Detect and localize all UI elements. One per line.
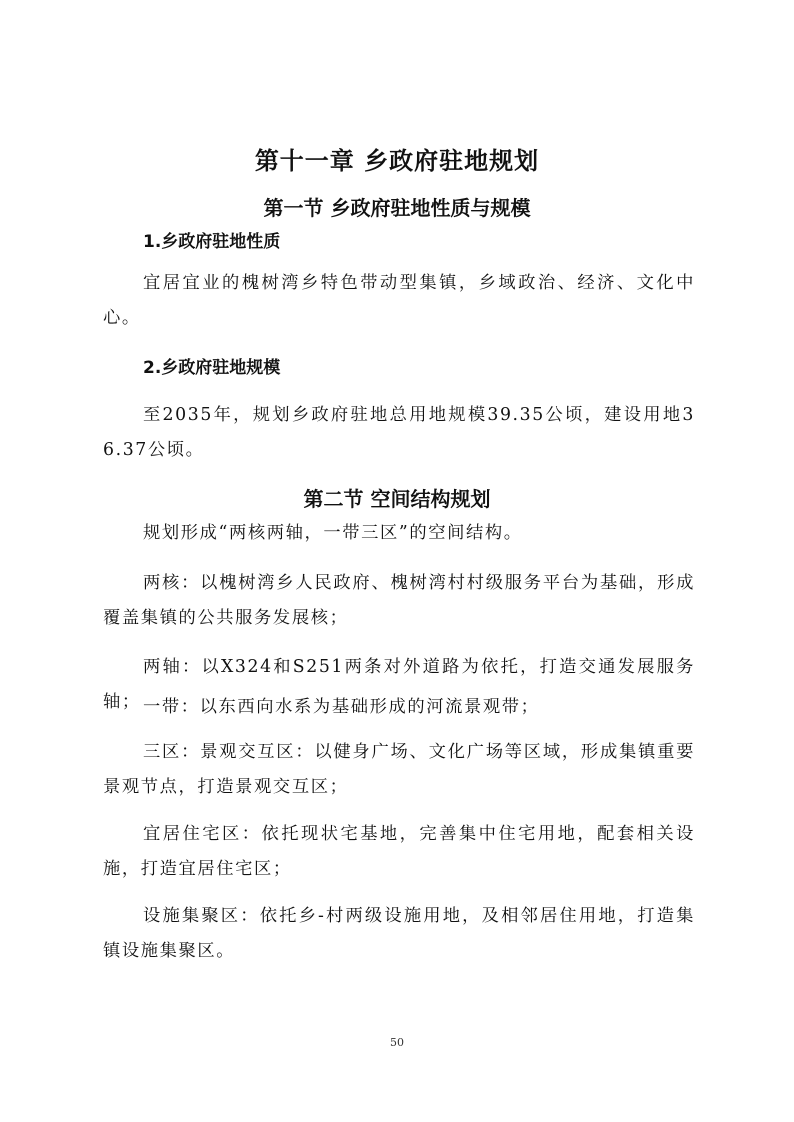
paragraph-three-zones: 三区：景观交互区：以健身广场、文化广场等区域，形成集镇重要景观节点，打造景观交互…	[103, 735, 695, 805]
subsection-heading-nature: 1.乡政府驻地性质	[143, 229, 280, 255]
document-page: 第十一章 乡政府驻地规划 第一节 乡政府驻地性质与规模 1.乡政府驻地性质 宜居…	[0, 0, 794, 1122]
paragraph-facility-zone: 设施集聚区：依托乡-村两级设施用地，及相邻居住用地，打造集镇设施集聚区。	[103, 899, 695, 969]
paragraph-nature: 宜居宜业的槐树湾乡特色带动型集镇，乡域政治、经济、文化中心。	[103, 266, 695, 336]
paragraph-one-belt: 一带：以东西向水系为基础形成的河流景观带；	[103, 690, 695, 725]
paragraph-structure-intro: 规划形成“两核两轴，一带三区”的空间结构。	[103, 516, 695, 551]
section-title-2: 第二节 空间结构规划	[0, 484, 794, 514]
paragraph-residential-zone: 宜居住宅区：依托现状宅基地，完善集中住宅用地，配套相关设施，打造宜居住宅区；	[103, 817, 695, 887]
paragraph-scale: 至2035年，规划乡政府驻地总用地规模39.35公顷，建设用地36.37公顷。	[103, 398, 695, 468]
subsection-heading-scale: 2.乡政府驻地规模	[143, 355, 280, 381]
page-number: 50	[0, 1036, 794, 1049]
section-title-1: 第一节 乡政府驻地性质与规模	[0, 193, 794, 223]
paragraph-two-cores: 两核：以槐树湾乡人民政府、槐树湾村村级服务平台为基础，形成覆盖集镇的公共服务发展…	[103, 566, 695, 636]
chapter-title: 第十一章 乡政府驻地规划	[0, 143, 794, 179]
